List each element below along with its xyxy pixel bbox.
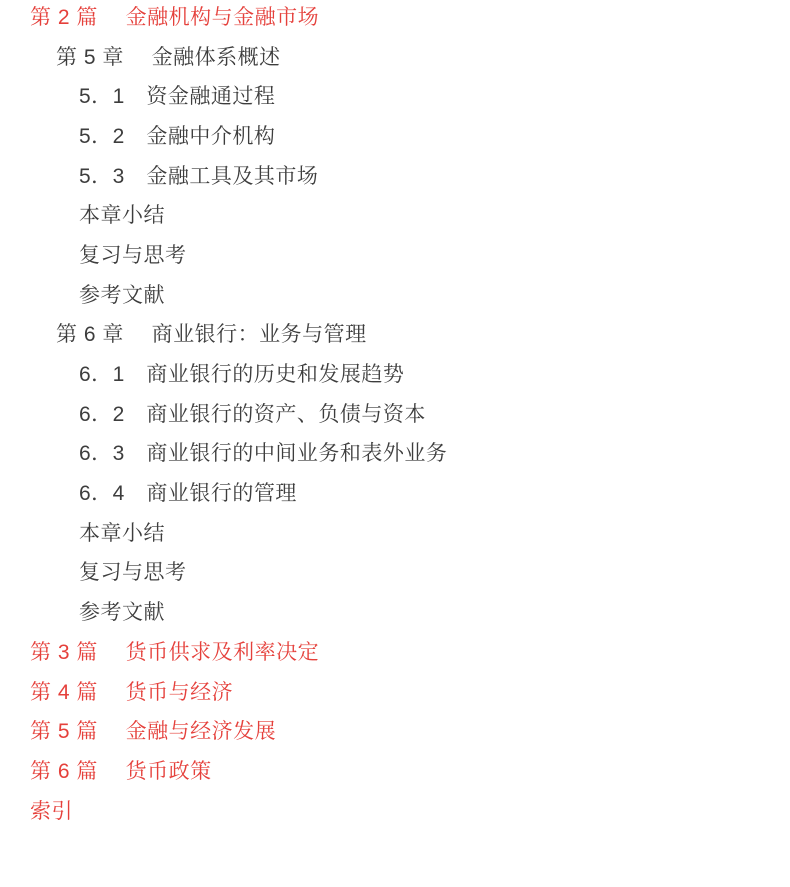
toc-entry-chapter-6: 第 6 章 商业银行：业务与管理 [0,314,790,354]
toc-entry-section-6-2: 6．2 商业银行的资产、负债与资本 [0,393,790,433]
toc-entry-chapter-5-references: 参考文献 [0,274,790,314]
toc-entry-chapter-6-summary: 本章小结 [0,512,790,552]
toc-entry-part-5: 第 5 篇 金融与经济发展 [0,710,790,750]
toc-entry-section-6-1: 6．1 商业银行的历史和发展趋势 [0,353,790,393]
toc-entry-section-6-4: 6．4 商业银行的管理 [0,472,790,512]
toc-entry-section-5-1: 5．1 资金融通过程 [0,75,790,115]
toc-entry-chapter-5: 第 5 章 金融体系概述 [0,36,790,76]
toc-entry-part-6: 第 6 篇 货币政策 [0,750,790,790]
toc-entry-index: 索引 [0,790,790,830]
toc-entry-chapter-5-summary: 本章小结 [0,194,790,234]
toc-entry-section-5-2: 5．2 金融中介机构 [0,115,790,155]
toc-entry-chapter-5-review: 复习与思考 [0,234,790,274]
toc-entry-chapter-6-review: 复习与思考 [0,552,790,592]
toc-entry-section-5-3: 5．3 金融工具及其市场 [0,155,790,195]
toc-entry-chapter-6-references: 参考文献 [0,591,790,631]
table-of-contents: 第 2 篇 金融机构与金融市场 第 5 章 金融体系概述 5．1 资金融通过程 … [0,0,790,829]
toc-entry-section-6-3: 6．3 商业银行的中间业务和表外业务 [0,433,790,473]
toc-entry-part-2: 第 2 篇 金融机构与金融市场 [0,0,790,36]
toc-entry-part-4: 第 4 篇 货币与经济 [0,671,790,711]
toc-entry-part-3: 第 3 篇 货币供求及利率决定 [0,631,790,671]
